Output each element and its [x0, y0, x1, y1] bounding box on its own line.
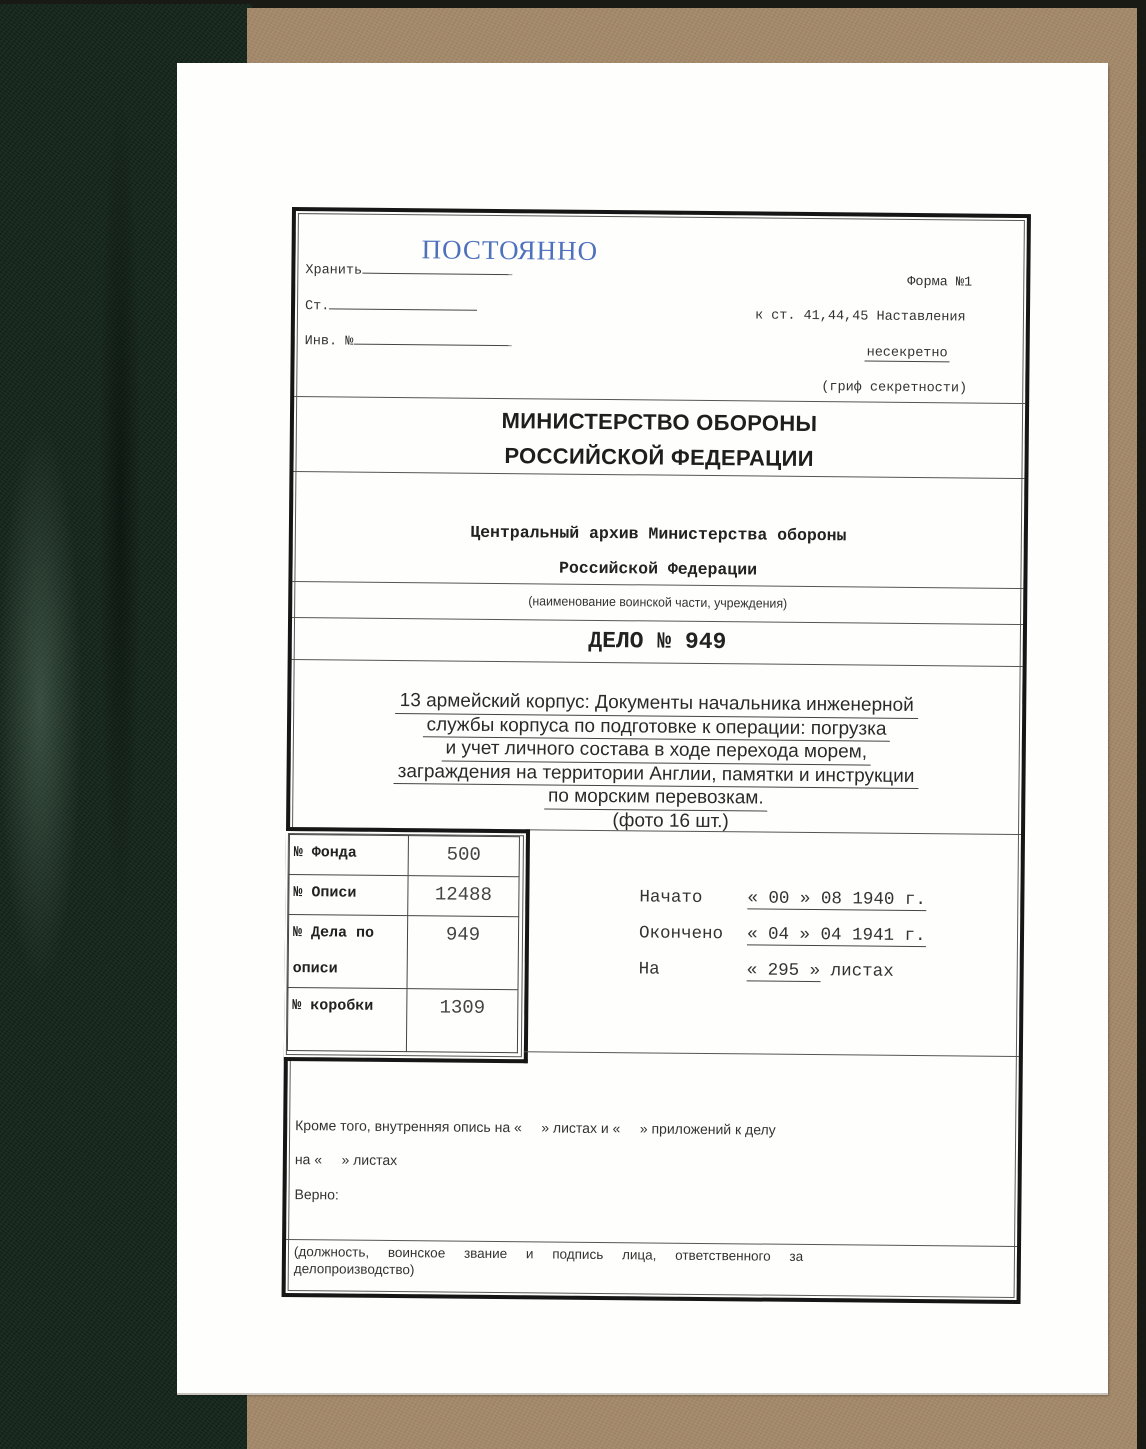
table-row: № Описи 12488 — [289, 875, 519, 917]
delo-label: № Дела по описи — [288, 915, 408, 989]
signature-caption-line-2: делопроизводство) — [294, 1261, 415, 1277]
keep-label: Хранить — [305, 263, 362, 279]
started-value: « 00 » 08 1940 г. — [747, 888, 926, 911]
sheets-suffix: листах — [831, 961, 894, 982]
opis-label: № Описи — [289, 875, 408, 916]
st-field: Ст. — [305, 299, 477, 316]
table-row: № Фонда 500 — [289, 835, 519, 877]
st-label: Ст. — [305, 299, 329, 314]
inventory-line: Кроме того, внутренняя опись на « » лист… — [295, 1117, 776, 1138]
header-section: ПОСТОЯННО Хранить Ст. Инв. № Форма №1 к … — [294, 211, 1027, 404]
form-number: Форма №1 — [907, 275, 972, 291]
inv-label: Инв. № — [305, 334, 354, 349]
table-row: № коробки 1309 — [287, 987, 518, 1052]
archive-codes-table: № Фонда 500 № Описи 12488 № Дела по опис… — [284, 827, 530, 1063]
description-line: заграждения на территории Англии, памятк… — [394, 761, 919, 790]
ended-value: « 04 » 04 1941 г. — [747, 924, 926, 947]
sheets-value: « 295 » — [747, 960, 821, 982]
classification-caption: (гриф секретности) — [821, 380, 967, 396]
institution-caption: (наименование воинской части, учреждения… — [310, 591, 1005, 613]
lower-divider — [524, 1051, 1019, 1057]
fond-label: № Фонда — [289, 835, 408, 876]
ministry-section: МИНИСТЕРСТВО ОБОРОНЫ РОССИЙСКОЙ ФЕДЕРАЦИ… — [293, 396, 1025, 479]
delo-value: 949 — [407, 916, 519, 990]
ministry-line-2: РОССИЙСКОЙ ФЕДЕРАЦИИ — [294, 441, 1025, 474]
institution-line-1: Центральный архив Министерства обороны — [293, 521, 1024, 547]
classification-value: несекретно — [865, 346, 950, 363]
box-value: 1309 — [406, 989, 518, 1053]
verified-label: Верно: — [294, 1186, 338, 1202]
ended-row: Окончено« 04 » 04 1941 г. — [639, 923, 926, 947]
sheets-label: На — [639, 959, 747, 980]
table-row: № Дела по описи 949 — [288, 915, 519, 990]
description-line: по морским перевозкам. — [544, 785, 768, 811]
fond-value: 500 — [408, 836, 519, 877]
sheets-row: На« 295 » листах — [639, 959, 894, 982]
opis-value: 12488 — [408, 876, 519, 917]
keep-field: Хранить — [305, 263, 512, 280]
storage-stamp: ПОСТОЯННО — [421, 234, 598, 267]
regulation-reference: к ст. 41,44,45 Наставления — [755, 308, 966, 325]
box-label: № коробки — [287, 987, 407, 1051]
ended-label: Окончено — [639, 923, 747, 944]
inv-field: Инв. № — [305, 334, 512, 351]
case-title: ДЕЛО № 949 — [292, 625, 1023, 658]
started-label: Начато — [639, 887, 747, 908]
institution-section: Центральный архив Министерства обороны Р… — [292, 471, 1024, 589]
case-cover-form: ПОСТОЯННО Хранить Ст. Инв. № Форма №1 к … — [282, 207, 1031, 1304]
case-title-section: ДЕЛО № 949 — [292, 617, 1023, 667]
institution-line-2: Российской Федерации — [292, 556, 1023, 582]
sheets-line: на « » листах — [295, 1151, 398, 1168]
started-row: Начато« 00 » 08 1940 г. — [639, 887, 926, 911]
ministry-line-1: МИНИСТЕРСТВО ОБОРОНЫ — [294, 406, 1025, 439]
